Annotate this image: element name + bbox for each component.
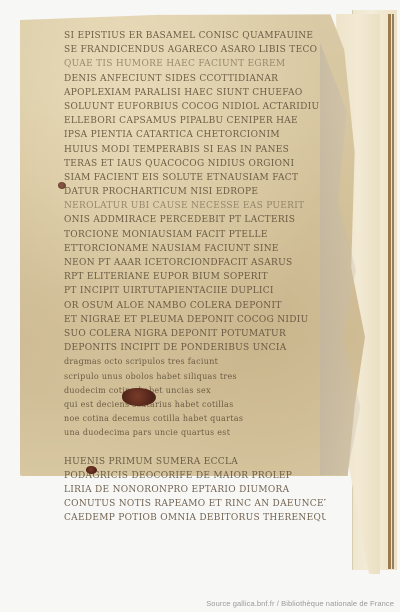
binding-edge-shadow <box>392 14 394 569</box>
manuscript-line: SE FRANDICENDUS AGARECO ASARO LIBIS TECO <box>64 43 326 57</box>
manuscript-line: dragmas octo scripulos tres faciunt <box>64 355 326 369</box>
manuscript-line: NEROLATUR UBI CAUSE NECESSE EAS PUERIT <box>64 199 326 213</box>
manuscript-line: ELLEBORI CAPSAMUS PIPALBU CENIPER HAE <box>64 114 326 128</box>
manuscript-line: HUIUS MODI TEMPERABIS SI EAS IN PANES <box>64 143 326 157</box>
manuscript-text: SI EPISTIUS ER BASAMEL CONISC QUAMFAUINE… <box>64 29 326 526</box>
manuscript-line: PT INCIPIT UIRTUTAPIENTACIIE DUPLICI <box>64 284 326 298</box>
manuscript-line: duodecim cotina habet uncias sex <box>64 384 326 398</box>
manuscript-line: SUO COLERA NIGRA DEPONIT POTUMATUR <box>64 327 326 341</box>
manuscript-line: NEON PT AAAR ICETORCIONDFACIT ASARUS <box>64 256 326 270</box>
manuscript-line: ETTORCIONAME NAUSIAM FACIUNT SINE <box>64 242 326 256</box>
binding-edge <box>388 14 391 569</box>
manuscript-line: una duodecima pars uncie quartus est <box>64 426 326 440</box>
manuscript-line: RPT ELITERIANE EUPOR BIUM SOPERIT <box>64 270 326 284</box>
manuscript-line: DATUR PROCHARTICUM NISI EDROPE <box>64 185 326 199</box>
manuscript-line: SOLUUNT EUFORBIUS COCOG NIDIOL ACTARIDIU <box>64 100 326 114</box>
manuscript-line: QUAE TIS HUMORE HAEC FACIUNT EGREM <box>64 57 326 71</box>
manuscript-line: PODAGRICIS DEOCORIFE DE MAIOR PROLEP <box>64 469 326 483</box>
manuscript-line: SI EPISTIUS ER BASAMEL CONISC QUAMFAUINE <box>64 29 326 43</box>
source-credit: Source gallica.bnf.fr / Bibliothèque nat… <box>206 599 394 608</box>
manuscript-line: DENIS ANFECIUNT SIDES CCOTTIDIANAR <box>64 72 326 86</box>
manuscript-line: DEPONITS INCIPIT DE PONDERIBUS UNCIA <box>64 341 326 355</box>
manuscript-line: OR OSUM ALOE NAMBO COLERA DEPONIT <box>64 299 326 313</box>
manuscript-line: TERAS ET IAUS QUACOCOG NIDIUS ORGIONI <box>64 157 326 171</box>
manuscript-line: ET NIGRAE ET PLEUMA DEPONIT COCOG NIDIU <box>64 313 326 327</box>
manuscript-line: CONUTUS NOTIS RAPEAMO ET RINC AN DAEUNCE… <box>64 497 326 511</box>
manuscript-line <box>64 440 326 454</box>
manuscript-line: CAEDEMP POTIOB OMNIA DEBITORUS THERENEQU… <box>64 511 326 525</box>
manuscript-line: LIRIA DE NONORONPRO EPTARIO DIUMORA <box>64 483 326 497</box>
manuscript-line: qui est deciens sextarius habet cotillas <box>64 398 326 412</box>
manuscript-line: IPSA PIENTIA CATARTICA CHETORCIONIM <box>64 128 326 142</box>
manuscript-viewer: SI EPISTIUS ER BASAMEL CONISC QUAMFAUINE… <box>0 0 400 612</box>
ink-stain <box>86 466 97 474</box>
manuscript-line: scripulo unus obolos habet siliquas tres <box>64 370 326 384</box>
manuscript-line: APOPLEXIAM PARALISI HAEC SIUNT CHUEFAO <box>64 86 326 100</box>
manuscript-line: SIAM FACIENT EIS SOLUTE ETNAUSIAM FACT <box>64 171 326 185</box>
manuscript-line: noe cotina decemus cotilla habet quartas <box>64 412 326 426</box>
manuscript-line: TORCIONE MONIAUSIAM FACIT PTELLE <box>64 228 326 242</box>
ink-stain <box>58 182 66 189</box>
manuscript-line: HUENIS PRIMUM SUMERA ECCLA <box>64 455 326 469</box>
ink-stain <box>122 388 156 406</box>
manuscript-line: ONIS ADDMIRACE PERCEDEBIT PT LACTERIS <box>64 213 326 227</box>
